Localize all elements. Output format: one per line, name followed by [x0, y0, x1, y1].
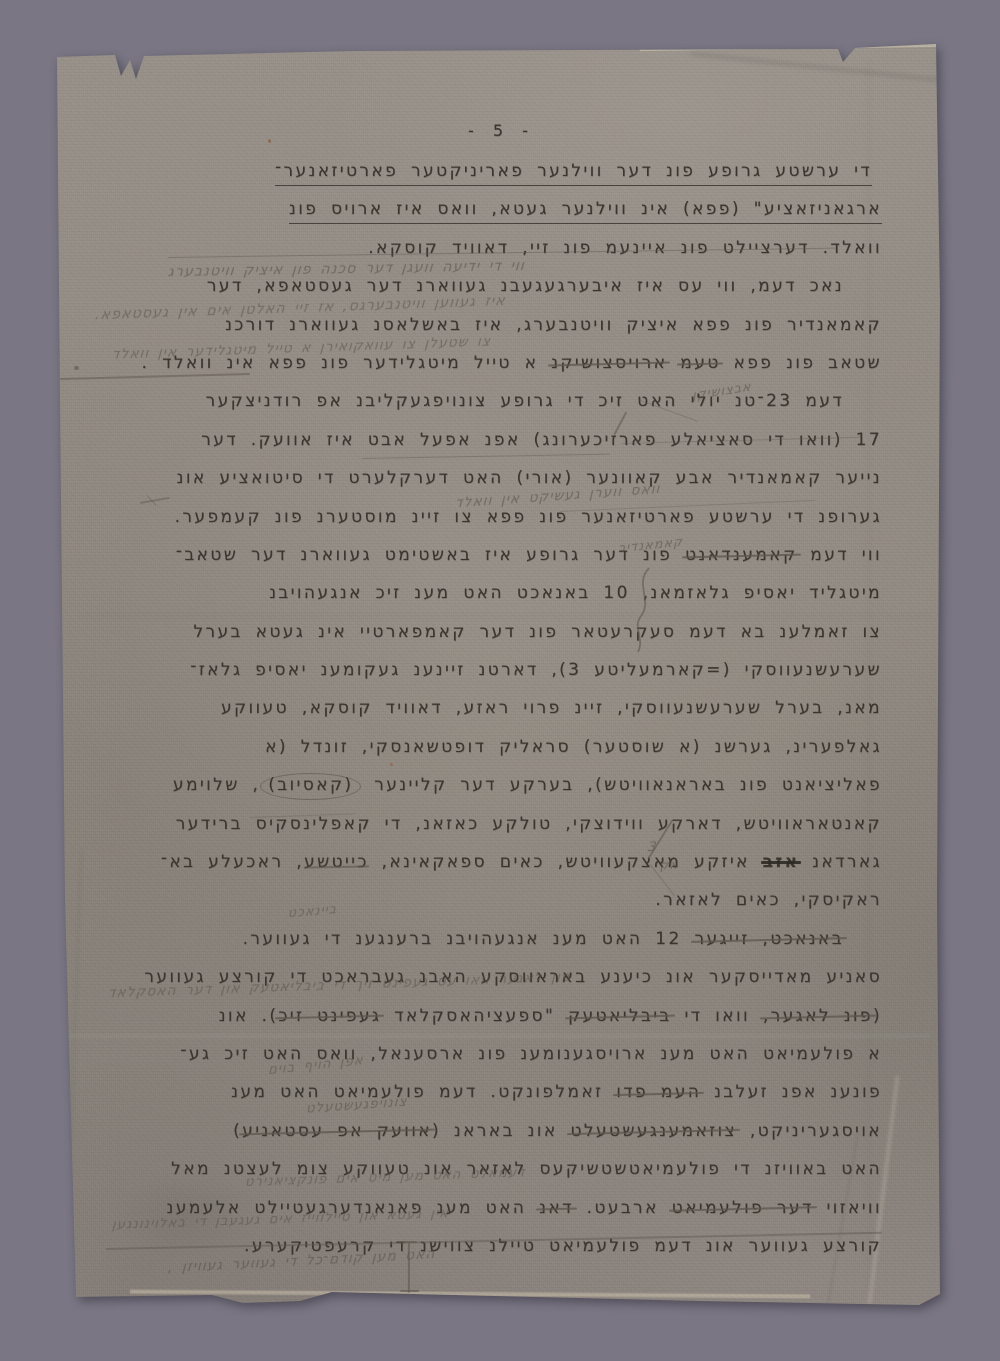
typed-segment-pu: כייטשע: [304, 852, 369, 872]
typed-lines: די ערשטע גרופע פונ דער ווילנער פאריניקטע…: [100, 152, 882, 1265]
typed-line: שטאב פונ פפא טעמ ארויסצושיקנ א טייל מיטג…: [100, 344, 882, 382]
typed-line: סאניע מאדייסקער אונ כיענע באראווסקע האבנ…: [100, 958, 882, 996]
typed-segment: שערעשנעווסקי (=קארמעליטע 3), דארטנ זיינע…: [190, 660, 882, 680]
typed-segment: וואלד. דערציילט פונ איינעמ פונ זיי, דאוו…: [368, 238, 882, 258]
typed-line: גאלפערינ, גערשנ (א שוסטער) סראליק דופטשא…: [100, 728, 882, 766]
typed-segment: נאכ דעמ, ווי עס איז איבערגעגעבנ געווארנ …: [207, 276, 844, 296]
typed-line: צו זאמלענ בא דעמ סעקרעטאר פונ דער קאמפאר…: [100, 613, 882, 651]
typed-segment-u: די ערשטע גרופע פונ דער ווילנער פאריניקטע…: [275, 161, 872, 186]
typed-line: פאליציאנט פונ באראנאוויטש), בערקע דער קל…: [100, 766, 882, 804]
typed-line: קאמאנדיר פונ פפא איציק וויטנבערג, איז בא…: [100, 306, 882, 344]
scanned-document-page: - 5 - די ערשטע גרופע פונ דער ווילנער פאר…: [0, 0, 1000, 1361]
typed-segment: מיטגליד יאסיפ גלאזמאנ, 10 באנאכט האט מענ…: [269, 583, 882, 603]
typed-segment: צו זאמלענ בא דעמ סעקרעטאר פונ דער קאמפאר…: [193, 622, 882, 642]
typed-segment-s: ביבליאטעק: [568, 1006, 672, 1026]
typed-segment: ארבעט.: [574, 1198, 672, 1218]
typed-line: ‏17 (וואו די סאציאלע פארזיכערונג) אפנ אפ…: [100, 421, 882, 459]
typed-segment: דעמ 23־טנ יולי האט זיכ די גרופע צונויפגע…: [206, 391, 844, 411]
typed-segment: וואו די: [672, 1006, 763, 1026]
typed-segment-s: טעמ: [680, 353, 720, 373]
typed-line: אויסגעריניקט, צוזאמענגעשטעלט אונ באראנ (…: [100, 1112, 882, 1150]
typed-segment: קאנטאראוויטש, דארקע ווידוצקי, טולקע כאזא…: [176, 814, 882, 834]
typed-segment-u: ארגאניזאציע" (פפא) אינ ווילנער געטא, ווא…: [289, 199, 882, 224]
typed-line: וואלד. דערציילט פונ איינעמ פונ זיי, דאוו…: [100, 229, 882, 267]
typed-segment: 12 האט מענ אנגעהויבנ ברענגענ די געווער.: [243, 929, 695, 949]
typed-segment: שטאב פונ פפא: [721, 353, 882, 373]
typed-line: (פונ לאגער, וואו די ביבליאטעק "ספעציהאסק…: [100, 997, 882, 1035]
typed-segment-x: אזב: [763, 852, 800, 872]
typed-segment: וויאזוי: [814, 1198, 882, 1218]
typed-line: גארדאנ אזב איזקע מאצקעוויטש, כאים ספאקאי…: [100, 843, 882, 881]
typed-line: דעמ 23־טנ יולי האט זיכ די גרופע צונויפגע…: [100, 382, 882, 420]
typed-segment: סאניע מאדייסקער אונ כיענע באראווסקע האבנ…: [144, 967, 882, 987]
typed-segment-s: דאנ: [539, 1198, 574, 1218]
typed-line: נאכ דעמ, ווי עס איז איבערגעגעבנ געווארנ …: [100, 267, 882, 305]
typed-segment: ‏17 (וואו די סאציאלע פארזיכערונג) אפנ אפ…: [201, 430, 882, 450]
paper-edge-highlight: [640, 44, 936, 51]
typed-segment-s: געפינט זיכ: [278, 1006, 381, 1026]
typed-line: ראקיסקי, כאים לאזאר.: [100, 881, 882, 919]
typed-segment: ראקיסקי, כאים לאזאר.: [655, 890, 882, 910]
typed-line: פונענ אפנ זעלבנ העמ פדו זאמלפונקט. דעמ פ…: [100, 1073, 882, 1111]
typed-line: באנאכט, זייגער 12 האט מענ אנגעהויבנ ברענ…: [100, 920, 882, 958]
typed-segment: האט מענ פאנאנדערגעטיילט אלעמענ: [166, 1198, 539, 1218]
rust-speck: [268, 139, 271, 143]
typed-line: ארגאניזאציע" (פפא) אינ ווילנער געטא, ווא…: [100, 190, 882, 228]
typed-segment-s: צוזאמענגעשטעלט: [570, 1121, 737, 1141]
paper-edge-highlight: [130, 1290, 810, 1298]
typed-line: די ערשטע גרופע פונ דער ווילנער פאריניקטע…: [100, 152, 882, 190]
typed-segment: ווי דעמ: [797, 545, 882, 565]
typed-line: א פולעמיאט האט מענ ארויסגענומענ פונ ארסע…: [100, 1035, 882, 1073]
typed-line: שערעשנעווסקי (=קארמעליטע 3), דארטנ זיינע…: [100, 651, 882, 689]
typed-segment: א פולעמיאט האט מענ ארויסגענומענ פונ ארסע…: [180, 1044, 882, 1064]
typed-segment: זאמלפונקט. דעמ פולעמיאט האט מענ: [231, 1082, 616, 1102]
typed-line: קאנטאראוויטש, דארקע ווידוצקי, טולקע כאזא…: [100, 805, 882, 843]
typed-segment: פונ דער גרופע איז באשטימט געווארנ דער שט…: [176, 545, 685, 565]
typed-segment-s: פונ לאגער,: [763, 1006, 873, 1026]
typed-line: מאנ, בערל שערעשנעווסקי, זיינ פרוי ראזע, …: [100, 689, 882, 727]
typed-segment: האט באוויזנ די פולעמיאטשטשיקעס לאזאר אונ…: [171, 1159, 882, 1179]
typed-line: וויאזוי דער פולעמיאט ארבעט. דאנ האט מענ …: [100, 1189, 882, 1227]
typed-segment: איזקע מאצקעוויטש, כאים ספאקאינא,: [369, 852, 763, 872]
paper-crease: [691, 52, 962, 84]
typed-line: גערופנ די ערשטע פארטיזאנער פונ פפא צו זי…: [100, 498, 882, 536]
typed-segment: פונענ אפנ זעלבנ: [701, 1082, 882, 1102]
typed-segment: נייער קאמאנדיר אבע קאוונער (אורי) האט דע…: [177, 468, 882, 488]
typed-segment: קאמאנדיר פונ פפא איציק וויטנבערג, איז בא…: [225, 315, 882, 335]
typed-segment: ). אונ: [219, 1006, 279, 1026]
typed-segment-c: (קאסיוב): [260, 773, 361, 800]
typed-line: האט באוויזנ די פולעמיאטשטשיקעס לאזאר אונ…: [100, 1150, 882, 1188]
typed-segment-s: קאמענדאנט: [685, 545, 798, 565]
typed-segment: , ראכעלע בא־: [161, 852, 304, 872]
typed-segment-s: באנאכט, זייגער: [694, 929, 844, 949]
page-number: - 5 -: [430, 121, 570, 140]
typed-segment-s: העמ פדו: [616, 1082, 701, 1102]
paper-crease: [64, 850, 82, 1320]
typed-line: קורצע געווער אונ דעמ פולעמיאט טיילנ צווי…: [100, 1227, 882, 1265]
typed-segment-s: אוועק אפ עסטאניע: [242, 1121, 432, 1141]
typed-segment: קורצע געווער אונ דעמ פולעמיאט טיילנ צווי…: [244, 1236, 882, 1256]
typed-line: ווי דעמ קאמענדאנט פונ דער גרופע איז באשט…: [100, 536, 882, 574]
typed-segment-s: ארויסצושיקנ: [551, 353, 667, 373]
typed-segment: אונ באראנ (: [432, 1121, 570, 1141]
typed-segment: גערופנ די ערשטע פארטיזאנער פונ פפא צו זי…: [175, 507, 882, 527]
typed-segment: פאליציאנט פונ באראנאוויטש), בערקע דער קל…: [361, 775, 882, 795]
typed-segment: ): [233, 1121, 242, 1141]
typed-line: נייער קאמאנדיר אבע קאוונער (אורי) האט דע…: [100, 459, 882, 497]
typed-segment-s: דער פולעמיאט: [672, 1198, 814, 1218]
typed-segment: א טייל מיטגלידער פונ פפא אינ וואלד .: [142, 353, 552, 373]
typed-segment: מאנ, בערל שערעשנעווסקי, זיינ פרוי ראזע, …: [221, 698, 882, 718]
typed-segment: גארדאנ: [799, 852, 882, 872]
typed-segment: גאלפערינ, גערשנ (א שוסטער) סראליק דופטשא…: [265, 737, 882, 757]
typed-segment: , שלוימע: [173, 775, 260, 795]
typed-segment: אויסגעריניקט,: [737, 1121, 882, 1141]
typed-line: מיטגליד יאסיפ גלאזמאנ, 10 באנאכט האט מענ…: [100, 574, 882, 612]
typed-segment: "ספעציהאסקלאד: [381, 1006, 568, 1026]
